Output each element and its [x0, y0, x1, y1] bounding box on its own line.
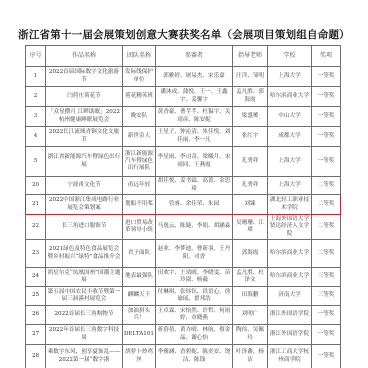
cell-work: 2022年首届长三角数字科技周 [46, 325, 123, 345]
cell-no: 28 [26, 345, 46, 368]
cell-no: 5 [26, 147, 46, 177]
cell-advisor: 孔秀祥 [233, 147, 268, 177]
cell-no: 23 [26, 240, 46, 268]
cell-no: 25 [26, 287, 46, 306]
cell-team: 荷花精英班 [123, 87, 156, 107]
cell-work: 2021绿色及特色食品展览会暨乡村振兴“绿特”食品推介会 [46, 240, 123, 268]
cell-advisor: 刘明广 [233, 306, 268, 325]
cell-award: 一等奖 [312, 147, 341, 177]
cell-members: 胡佳悦、姜书霖、高菁、金思琦 [156, 177, 233, 195]
cell-members: 李星雨、李司奇、梁曦月、宋雨同、王燕霞 [156, 147, 233, 177]
cell-advisor: 郭海霞 [233, 240, 268, 268]
awards-table: 序号 作品名称 团队名称 参赛者 指导老师 学校 奖项 12022首届国际数字文… [25, 45, 341, 368]
cell-team: 划船不用桨 [123, 195, 156, 215]
column-header-award: 奖项 [312, 46, 341, 67]
cell-award: 二等奖 [312, 240, 341, 268]
cell-work: 鸿星尔克“凤凰国州”国潮主题展 [46, 268, 123, 287]
cell-members: 黄香豪、曹芊芊、杜韫宇、关靖彦、陈安妮 [156, 107, 233, 127]
cell-work: 第五届中国农民丰收节暨第一届三洞溪村展览会 [46, 287, 123, 306]
cell-school: 浙江外国语学院 [268, 325, 312, 345]
cell-award: 一等奖 [312, 127, 341, 147]
cell-work: 「众星攒月 江畔助眠」2022杭州健康睡眠展览会 [46, 107, 123, 127]
cell-school: 湖北轻工职业技术学院 [268, 195, 312, 215]
table-row: 212022中国浙江集成电路行业展览会策划案划船不用桨管睿、余佳荣、朱园刘臻湖北… [26, 195, 341, 215]
cell-team: 新世奇人 [123, 127, 156, 147]
cell-no: 21 [26, 195, 46, 215]
cell-members: 蒋蓓蓓、黄卉晴、林航、蔡金晶、谢心怡 [156, 325, 233, 345]
cell-work: 2022长江流域青铜文化文旅节 [46, 127, 123, 147]
cell-advisor: 孟凡胜、郭海霞 [233, 87, 268, 107]
cell-no: 22 [26, 215, 46, 240]
table-row: 24鸿星尔克“凤凰国州”国潮主题展地表最强队田欢宇、王靖晴、李晓雯、苗玲淑、杨薇… [26, 268, 341, 287]
cell-school: 上海大学 [268, 147, 312, 177]
cell-no: 2 [26, 87, 46, 107]
cell-members: 田欢宇、王靖晴、李晓雯、苗玲淑、杨薇 [156, 268, 233, 287]
cell-award: 三等奖 [312, 287, 341, 306]
column-header-members: 参赛者 [156, 46, 233, 67]
cell-work: 2022中国浙江集成电路行业展览会策划案 [46, 195, 123, 215]
cell-school: 上海大学 [268, 177, 312, 195]
cell-work: 2022首届长三角购物节 [46, 306, 123, 325]
cell-school: 上海大学 [268, 67, 312, 87]
cell-team: 加油拼头兵！ [123, 306, 156, 325]
cell-award: 一等奖 [312, 306, 341, 325]
cell-advisor: 孟凡胜、杜泽文 [233, 268, 268, 287]
cell-award: 一等奖 [312, 107, 341, 127]
cell-award: 二等奖 [312, 195, 341, 215]
cell-members: 付琳琪、张炜钰、洪语心、徐瑜瑶、翟邦浩 [156, 287, 233, 306]
table-row: 232021绿色及特色食品展览会暨乡村振兴“绿特”食品推介会君子面队赵业、李梦迪… [26, 240, 341, 268]
table-row: 25第五届中国农民丰收节暨第一届三洞溪村展览会麒麟天下付琳琪、张炜钰、洪语心、徐… [26, 287, 341, 306]
cell-school: 哈尔滨商业大学 [268, 87, 312, 107]
cell-members: 管睿、余佳荣、朱园 [156, 195, 233, 215]
cell-no: 27 [26, 325, 46, 345]
cell-school: 中山大学 [268, 107, 312, 127]
cell-award: 一等奖 [312, 345, 341, 368]
column-header-team: 团队名称 [123, 46, 156, 67]
column-header-work: 作品名称 [46, 46, 123, 67]
cell-no: 26 [26, 306, 46, 325]
cell-team: 进口贸易改革领导小组 [123, 215, 156, 240]
column-header-no: 序号 [26, 46, 46, 67]
cell-advisor: 梁盛赟 [233, 107, 268, 127]
cell-advisor: 刘臻 [233, 195, 268, 215]
cell-school: 哈尔滨商业大学 [268, 268, 312, 287]
column-header-advisor: 指导老师 [233, 46, 268, 67]
cell-work: 浙江省新能源汽车暨绿色出行展 [46, 147, 123, 177]
cell-members: 赵业、李梦迪、曹新羽、王丹阳、司香 [156, 240, 233, 268]
cell-work: 2022首届国际数字文化旅游节 [46, 67, 123, 87]
cell-team: 浙江新能源汽车暨绿色出行展队 [123, 147, 156, 177]
cell-no: 1 [26, 67, 46, 87]
cell-advisor: 陶伟、吴佩玲 [233, 325, 268, 345]
cell-members: 王星子、钟沁清、朱佳悦、刘佳丽、李一凡 [156, 127, 233, 147]
table-row: 28乘数字东风，创享夏饰乱——2022第一届“数字浙胡萝卜炒鸡丝李雅涵、香碧妮、… [26, 345, 341, 368]
cell-school: 上海外国语大学贤达经济人文学院 [268, 215, 312, 240]
cell-no: 4 [26, 127, 46, 147]
table-row: 20宁波甬文化节甬远年轻胡佳悦、姜书霖、高菁、金思琦孔秀祥上海大学二等奖 [26, 177, 341, 195]
cell-members: 王卓霖、宋怡然、许哲、何雨婷、章晓燕 [156, 306, 233, 325]
cell-members: 郭雅婷、屠易杰、宋乐嘉 [156, 67, 233, 87]
cell-team: 甬远年轻 [123, 177, 156, 195]
cell-team: 君子面队 [123, 240, 156, 268]
cell-school: 济南大学 [268, 287, 312, 306]
cell-award: 二等奖 [312, 215, 341, 240]
table-row: 42022长江流域青铜文化文旅节新世奇人王星子、钟沁清、朱佳悦、刘佳丽、李一凡张… [26, 127, 341, 147]
table-header-row: 序号 作品名称 团队名称 参赛者 指导老师 学校 奖项 [26, 46, 341, 67]
cell-advisor: 张红宇 [233, 127, 268, 147]
cell-school: 成都大学 [268, 127, 312, 147]
table-row: 12022首届国际数字文化旅游节发际线保护单位郭雅婷、屠易杰、宋乐嘉汪洋、邹明上… [26, 67, 341, 87]
cell-team: DELTA101 [123, 325, 156, 345]
cell-advisor: 吴珊珊、江珺 [233, 215, 268, 240]
cell-team: 晚安队 [123, 107, 156, 127]
cell-advisor: 孔秀祥 [233, 177, 268, 195]
table-row: 3「众星攒月 江畔助眠」2022杭州健康睡眠展览会晚安队黄香豪、曹芊芊、杜韫宇、… [26, 107, 341, 127]
table-row: 5浙江省新能源汽车暨绿色出行展浙江新能源汽车暨绿色出行展队李星雨、李司奇、梁曦月… [26, 147, 341, 177]
cell-school: 浙江工商大学杭州商学院 [268, 345, 312, 368]
cell-no: 20 [26, 177, 46, 195]
cell-award: 一等奖 [312, 87, 341, 107]
cell-members: 李雅涵、香碧妮、陈奕安、饶洁、陈钱 [156, 345, 233, 368]
cell-school: 浙江外国语学院 [268, 306, 312, 325]
cell-members: 潘沐成、蒲悦、王一、王鑫宇、姜馨宇 [156, 87, 233, 107]
table-row: 262022首届长三角购物节加油拼头兵！王卓霖、宋怡然、许哲、何雨婷、章晓燕刘明… [26, 306, 341, 325]
table-row: 272022年首届长三角数字科技周DELTA101蒋蓓蓓、黄卉晴、林航、蔡金晶、… [26, 325, 341, 345]
cell-no: 3 [26, 107, 46, 127]
cell-school: 哈尔滨商业大学 [268, 240, 312, 268]
cell-team: 地表最强队 [123, 268, 156, 287]
column-header-school: 学校 [268, 46, 312, 67]
cell-award: 一等奖 [312, 325, 341, 345]
cell-work: 宁波甬文化节 [46, 177, 123, 195]
cell-work: 长三角进口服饰节 [46, 215, 123, 240]
cell-award: 二等奖 [312, 177, 341, 195]
cell-advisor: 汪洋、邹明 [233, 67, 268, 87]
document-title: 浙江省第十一届会展策划创意大赛获奖名单（会展项目策划组自命题） [0, 27, 368, 42]
cell-award: 三等奖 [312, 268, 341, 287]
cell-work: 闫荷庄荷花节 [46, 87, 123, 107]
cell-work: 乘数字东风，创享夏饰乱——2022第一届“数字浙 [46, 345, 123, 368]
cell-advisor: 叶泽蕃、杨洁 [233, 345, 268, 368]
cell-no: 24 [26, 268, 46, 287]
table-row: 22长三角进口服饰节进口贸易改革领导小组马逸云、陈婕、李娟、胡涵淼吴珊珊、江珺上… [26, 215, 341, 240]
cell-team: 发际线保护单位 [123, 67, 156, 87]
cell-members: 马逸云、陈婕、李娟、胡涵淼 [156, 215, 233, 240]
cell-team: 胡萝卜炒鸡丝 [123, 345, 156, 368]
table-row: 2闫荷庄荷花节荷花精英班潘沐成、蒲悦、王一、王鑫宇、姜馨宇孟凡胜、郭海霞哈尔滨商… [26, 87, 341, 107]
cell-award: 一等奖 [312, 67, 341, 87]
cell-advisor: 田海鹏 [233, 287, 268, 306]
cell-team: 麒麟天下 [123, 287, 156, 306]
